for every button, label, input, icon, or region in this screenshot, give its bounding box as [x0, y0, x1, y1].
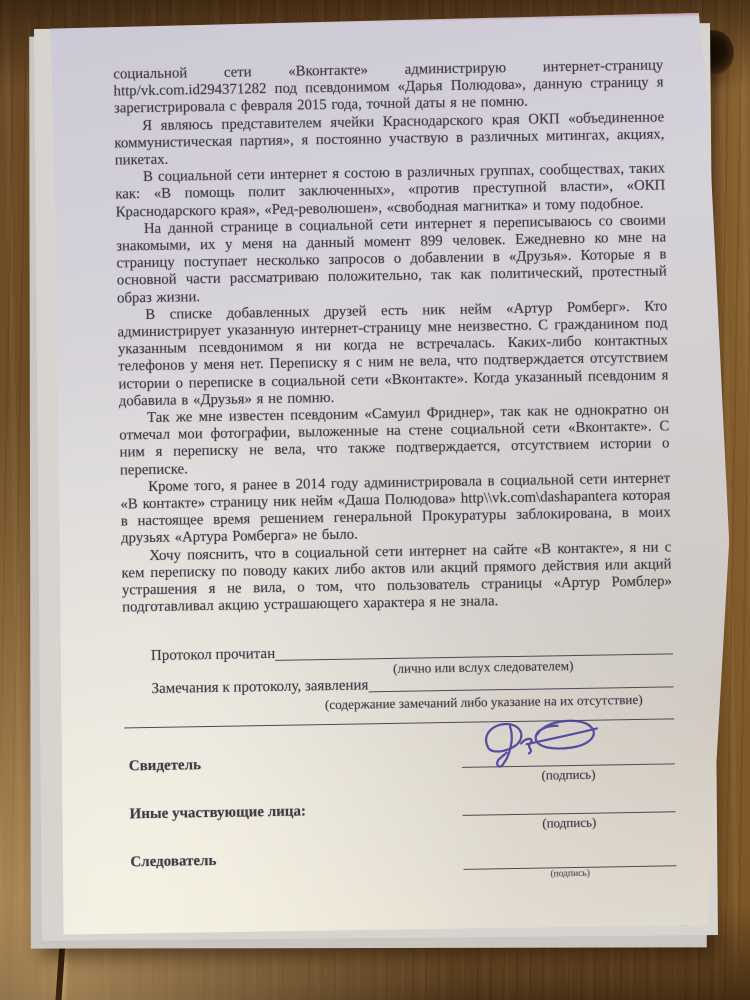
- protocol-form-section: Протокол прочитан (лично или вслух следо…: [123, 639, 677, 886]
- paragraph: социальной сети «Вконтакте» администриру…: [113, 57, 664, 118]
- paragraph: В социальной сети интернет я состою в ра…: [115, 161, 666, 222]
- other-participants-row: Иные участвующие лица: (подпись): [125, 797, 675, 838]
- paragraph: Хочу пояснить, что в социальной сети инт…: [121, 539, 672, 617]
- protocol-read-label: Протокол прочитан: [123, 646, 275, 666]
- witness-label: Свидетель: [125, 757, 201, 775]
- paragraph: Кроме того, я ранее в 2014 году админист…: [120, 470, 671, 548]
- paragraph: Я являюсь представителем ячейки Краснода…: [114, 109, 665, 170]
- investigator-row: Следователь (подпись): [126, 845, 676, 886]
- witness-signature-field: (подпись): [462, 763, 675, 785]
- paragraph: На данной странице в социальной сети инт…: [116, 212, 667, 307]
- photo-of-document-on-table: социальной сети «Вконтакте» администриру…: [0, 0, 750, 1000]
- document-page: социальной сети «Вконтакте» администриру…: [44, 12, 735, 935]
- remarks-caption: (содержание замечаний либо указание на и…: [314, 692, 654, 713]
- signature-block: Свидетель (подпись): [125, 749, 677, 886]
- paragraph: Так же мне известен псевдоним «Самуил Фр…: [119, 401, 670, 479]
- investigator-signature-field: (подпись): [464, 865, 677, 881]
- investigator-label: Следователь: [126, 853, 216, 871]
- witness-signature-row: Свидетель (подпись): [125, 749, 675, 790]
- other-participants-label: Иные участвующие лица:: [125, 803, 306, 823]
- investigator-signature-caption: (подпись): [464, 867, 677, 881]
- paragraph: В списке добавленных друзей есть ник ней…: [117, 298, 669, 410]
- document-body: социальной сети «Вконтакте» администриру…: [113, 57, 672, 636]
- other-participants-signature-field: (подпись): [463, 811, 676, 833]
- remarks-label: Замечания к протоколу, заявления: [123, 677, 368, 698]
- witness-signature-ink: [466, 710, 619, 774]
- other-participants-signature-caption: (подпись): [463, 813, 676, 833]
